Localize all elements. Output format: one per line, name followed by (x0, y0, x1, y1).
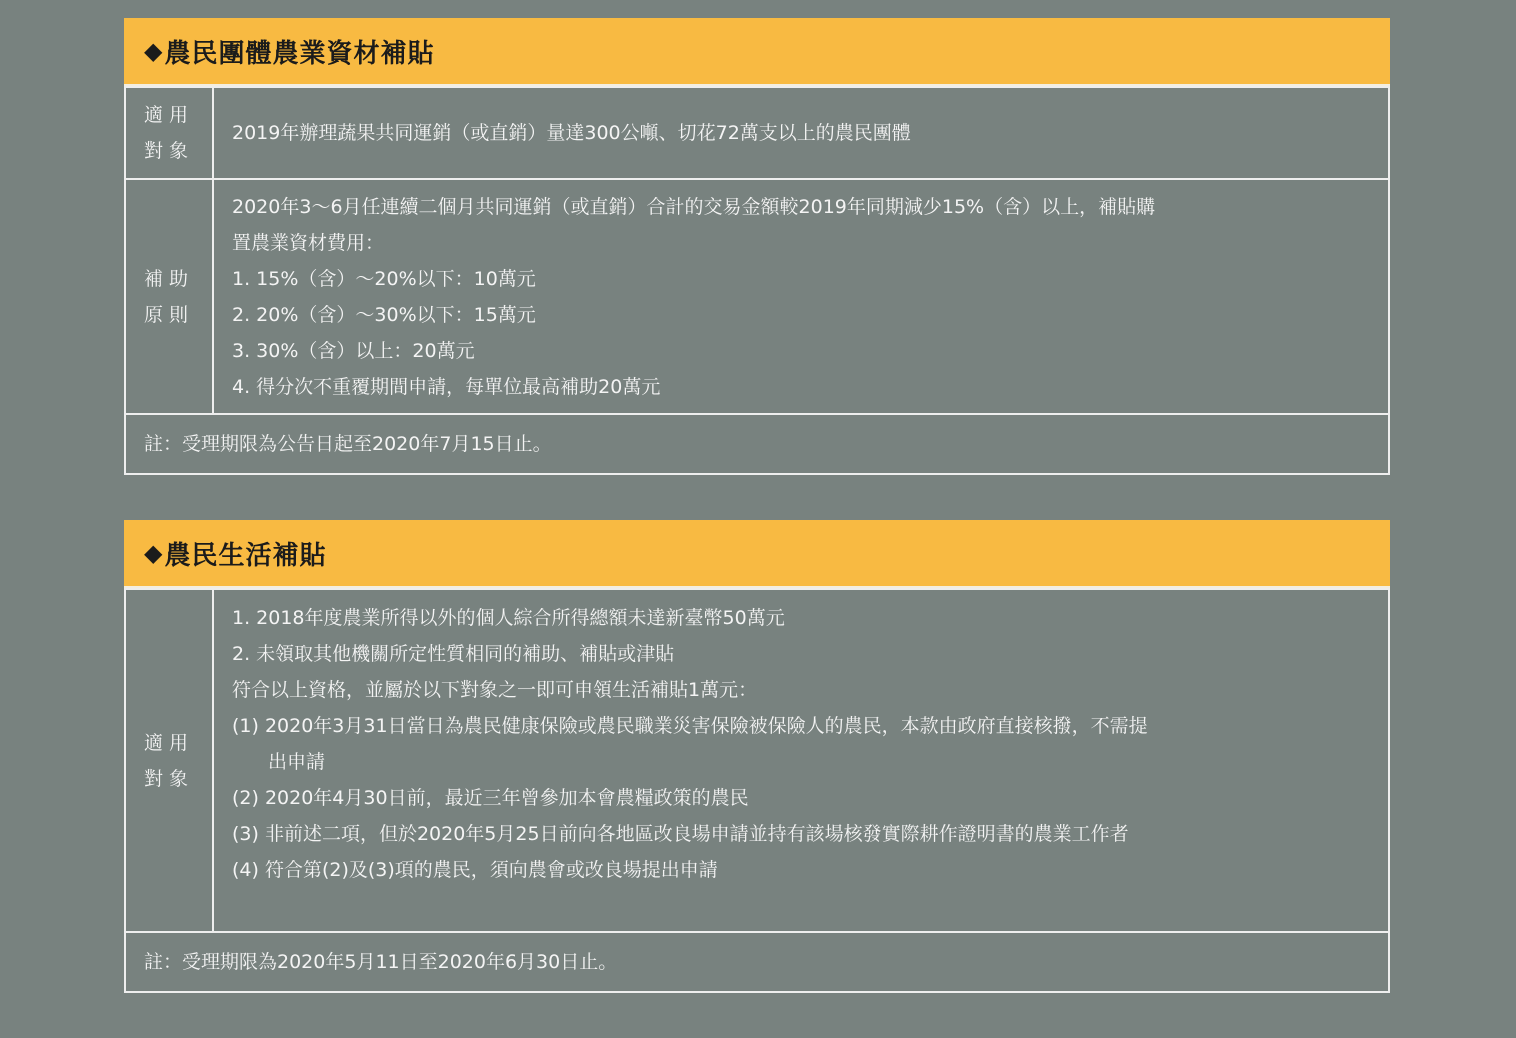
label-line: 原則 (126, 297, 212, 333)
content-line: 2020年3～6月任連續二個月共同運銷（或直銷）合計的交易金額較2019年同期減… (232, 189, 1368, 225)
content-line: 置農業資材費用： (232, 225, 1368, 261)
table-row-note: 註：受理期限為2020年5月11日至2020年6月30日止。 (125, 932, 1389, 992)
note-text: 註：受理期限為公告日起至2020年7月15日止。 (125, 414, 1389, 474)
content-line: 出申請 (232, 744, 1368, 780)
info-table: 適用 對象 2019年辦理蔬果共同運銷（或直銷）量達300公噸、切花72萬支以上… (124, 86, 1390, 475)
table-row-eligibility: 適用 對象 2019年辦理蔬果共同運銷（或直銷）量達300公噸、切花72萬支以上… (125, 87, 1389, 179)
row-content: 2019年辦理蔬果共同運銷（或直銷）量達300公噸、切花72萬支以上的農民團體 (213, 87, 1389, 179)
section-title: 農民生活補貼 (164, 535, 326, 572)
label-line: 對象 (126, 133, 212, 169)
diamond-bullet-icon: ◆ (144, 39, 162, 63)
content-line: (4) 符合第(2)及(3)項的農民，須向農會或改良場提出申請 (232, 852, 1368, 888)
table-row-principles: 補助 原則 2020年3～6月任連續二個月共同運銷（或直銷）合計的交易金額較20… (125, 179, 1389, 414)
row-label: 適用 對象 (125, 87, 213, 179)
info-table: 適用 對象 1. 2018年度農業所得以外的個人綜合所得總額未達新臺幣50萬元 … (124, 588, 1390, 993)
content-line: 3. 30%（含）以上：20萬元 (232, 333, 1368, 369)
diamond-bullet-icon: ◆ (144, 541, 162, 565)
label-line: 適用 (126, 97, 212, 133)
content-line: 符合以上資格，並屬於以下對象之一即可申領生活補貼1萬元： (232, 672, 1368, 708)
row-content: 2020年3～6月任連續二個月共同運銷（或直銷）合計的交易金額較2019年同期減… (213, 179, 1389, 414)
section-header: ◆ 農民團體農業資材補貼 (124, 18, 1390, 86)
content-line: 2. 未領取其他機關所定性質相同的補助、補貼或津貼 (232, 636, 1368, 672)
content-line: (2) 2020年4月30日前，最近三年曾參加本會農糧政策的農民 (232, 780, 1368, 816)
section-farmer-living-subsidy: ◆ 農民生活補貼 適用 對象 1. 2018年度農業所得以外的個人綜合所得總額未… (124, 520, 1390, 993)
content-line: 1. 2018年度農業所得以外的個人綜合所得總額未達新臺幣50萬元 (232, 600, 1368, 636)
content-line: 2019年辦理蔬果共同運銷（或直銷）量達300公噸、切花72萬支以上的農民團體 (232, 115, 1368, 151)
label-line: 對象 (126, 761, 212, 797)
label-line: 適用 (126, 725, 212, 761)
content-line: 2. 20%（含）～30%以下：15萬元 (232, 297, 1368, 333)
row-label: 補助 原則 (125, 179, 213, 414)
section-header: ◆ 農民生活補貼 (124, 520, 1390, 588)
content-line: 4. 得分次不重覆期間申請，每單位最高補助20萬元 (232, 369, 1368, 405)
row-content: 1. 2018年度農業所得以外的個人綜合所得總額未達新臺幣50萬元 2. 未領取… (213, 589, 1389, 932)
content-line: 1. 15%（含）～20%以下：10萬元 (232, 261, 1368, 297)
row-label: 適用 對象 (125, 589, 213, 932)
note-text: 註：受理期限為2020年5月11日至2020年6月30日止。 (125, 932, 1389, 992)
content-line: (3) 非前述二項，但於2020年5月25日前向各地區改良場申請並持有該場核發實… (232, 816, 1368, 852)
section-farmer-groups-subsidy: ◆ 農民團體農業資材補貼 適用 對象 2019年辦理蔬果共同運銷（或直銷）量達3… (124, 18, 1390, 475)
table-row-eligibility: 適用 對象 1. 2018年度農業所得以外的個人綜合所得總額未達新臺幣50萬元 … (125, 589, 1389, 932)
label-line: 補助 (126, 261, 212, 297)
content-line: (1) 2020年3月31日當日為農民健康保險或農民職業災害保險被保險人的農民，… (232, 708, 1368, 744)
table-row-note: 註：受理期限為公告日起至2020年7月15日止。 (125, 414, 1389, 474)
section-title: 農民團體農業資材補貼 (164, 33, 434, 70)
